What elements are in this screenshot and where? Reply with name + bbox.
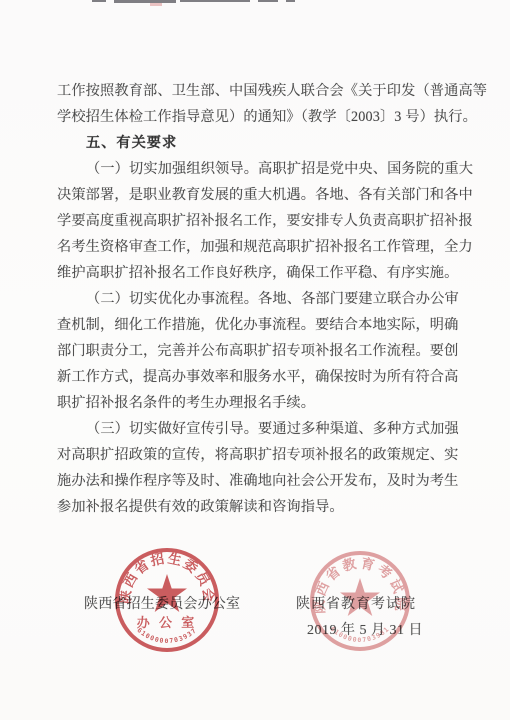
official-seal-left: 陕西省招生委员会 办 公 室 6100000703937 [107, 538, 227, 658]
text-line: 学校招生体检工作指导意见）的通知》（教学〔2003〕3 号）执行。 [57, 104, 481, 130]
paragraph-start: （一）切实加强组织领导。高职扩招是党中央、国务院的重大 [57, 156, 481, 182]
seal-number: 6100000703981 [329, 625, 392, 644]
star-icon [340, 578, 380, 616]
paragraph-start: （三）切实做好宣传引导。要通过多种渠道、多种方式加强 [57, 416, 481, 442]
text-line: 决策部署，是职业教育发展的重大机遇。各地、各有关部门和各中 [57, 182, 481, 208]
text-line: 施办法和操作程序等及时、准确地向社会公开发布，及时为考生 [57, 468, 481, 494]
text-line: 职扩招补报名条件的考生办理报名手续。 [57, 390, 481, 416]
official-seal-right: 陕西省教育考试院 6100000703981 [301, 542, 421, 662]
section-heading: 五、有关要求 [57, 130, 481, 156]
text-line: 工作按照教育部、卫生部、中国残疾人联合会《关于印发（普通高等 [57, 78, 481, 104]
text-line: 新工作方式，提高办事效率和服务水平，确保按时为所有符合高 [57, 364, 481, 390]
scanned-document-page: 工作按照教育部、卫生部、中国残疾人联合会《关于印发（普通高等 学校招生体检工作指… [0, 0, 510, 720]
svg-text:6100000703981: 6100000703981 [329, 625, 392, 644]
text-line: 查机制，细化工作措施，优化办事流程。要结合本地实际，明确 [57, 312, 481, 338]
text-line: 参加补报名提供有效的政策解读和咨询指导。 [57, 494, 481, 520]
seal-center-text: 办 公 室 [137, 615, 198, 630]
text-line: 部门职责分工，完善并公布高职扩招专项补报名工作流程。要创 [57, 338, 481, 364]
text-line: 对高职扩招政策的宣传，将高职扩招专项补报名的政策规定、实 [57, 442, 481, 468]
text-line: 维护高职扩招补报名工作良好秩序，确保工作平稳、有序实施。 [57, 260, 481, 286]
paragraph-start: （二）切实优化办事流程。各地、各部门要建立联合办公审 [57, 286, 481, 312]
document-body: 工作按照教育部、卫生部、中国残疾人联合会《关于印发（普通高等 学校招生体检工作指… [57, 78, 481, 520]
text-line: 名考生资格审查工作，加强和规范高职扩招补报名工作管理，全力 [57, 234, 481, 260]
star-icon [147, 574, 187, 612]
text-line: 学要高度重视高职扩招补报名工作，要安排专人负责高职扩招补报 [57, 208, 481, 234]
